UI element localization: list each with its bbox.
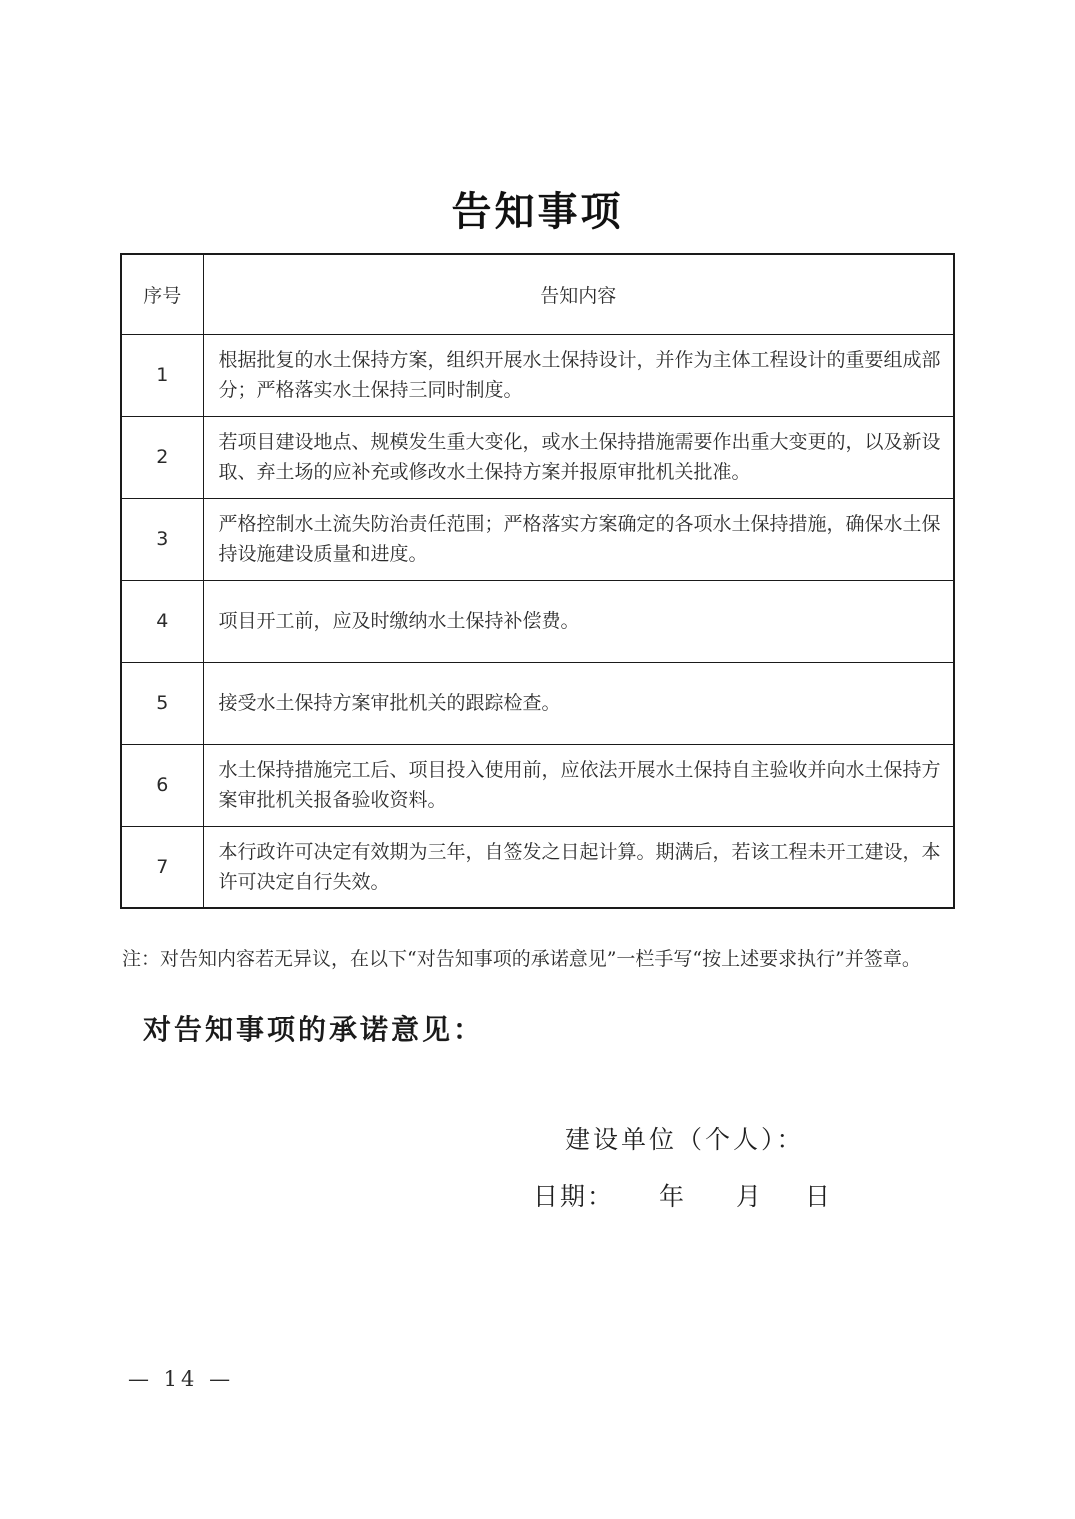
table-row: 4 项目开工前，应及时缴纳水土保持补偿费。 (121, 580, 954, 662)
commitment-heading: 对告知事项的承诺意见： (143, 1008, 484, 1048)
header-cell-index: 序号 (121, 254, 203, 334)
signature-unit-label: 建设单位（个人）： (565, 1120, 805, 1156)
note-text: 注：对告知内容若无异议，在以下“对告知事项的承诺意见”一栏手写“按上述要求执行”… (122, 945, 964, 973)
row-content: 根据批复的水土保持方案，组织开展水土保持设计，并作为主体工程设计的重要组成部分；… (203, 334, 954, 416)
row-content: 严格控制水土流失防治责任范围；严格落实方案确定的各项水土保持措施，确保水土保持设… (203, 498, 954, 580)
row-index: 4 (121, 580, 203, 662)
row-index: 2 (121, 416, 203, 498)
date-label: 日期： (533, 1182, 614, 1211)
row-index: 7 (121, 826, 203, 908)
table-header-row: 序号 告知内容 (121, 254, 954, 334)
row-content: 项目开工前，应及时缴纳水土保持补偿费。 (203, 580, 954, 662)
table-row: 6 水土保持措施完工后、项目投入使用前，应依法开展水土保持自主验收并向水土保持方… (121, 744, 954, 826)
date-month-label: 月 (736, 1182, 763, 1211)
page-number: — 14 — (128, 1367, 234, 1391)
row-index: 5 (121, 662, 203, 744)
row-index: 1 (121, 334, 203, 416)
row-content: 本行政许可决定有效期为三年，自签发之日起计算。期满后，若该工程未开工建设，本许可… (203, 826, 954, 908)
date-day-label: 日 (805, 1182, 832, 1211)
document-page: 告知事项 序号 告知内容 1 根据批复的水土保持方案，组织开展水土保持设计，并作… (0, 0, 1075, 1519)
date-year-label: 年 (659, 1182, 686, 1211)
signature-date-line: 日期：年月日 (533, 1177, 832, 1213)
row-index: 3 (121, 498, 203, 580)
notice-table: 序号 告知内容 1 根据批复的水土保持方案，组织开展水土保持设计，并作为主体工程… (120, 253, 955, 909)
page-title: 告知事项 (0, 180, 1075, 237)
table-row: 7 本行政许可决定有效期为三年，自签发之日起计算。期满后，若该工程未开工建设，本… (121, 826, 954, 908)
table-row: 3 严格控制水土流失防治责任范围；严格落实方案确定的各项水土保持措施，确保水土保… (121, 498, 954, 580)
row-content: 水土保持措施完工后、项目投入使用前，应依法开展水土保持自主验收并向水土保持方案审… (203, 744, 954, 826)
row-index: 6 (121, 744, 203, 826)
row-content: 接受水土保持方案审批机关的跟踪检查。 (203, 662, 954, 744)
table-row: 1 根据批复的水土保持方案，组织开展水土保持设计，并作为主体工程设计的重要组成部… (121, 334, 954, 416)
table-row: 2 若项目建设地点、规模发生重大变化，或水土保持措施需要作出重大变更的，以及新设… (121, 416, 954, 498)
row-content: 若项目建设地点、规模发生重大变化，或水土保持措施需要作出重大变更的，以及新设取、… (203, 416, 954, 498)
table-row: 5 接受水土保持方案审批机关的跟踪检查。 (121, 662, 954, 744)
header-cell-content: 告知内容 (203, 254, 954, 334)
